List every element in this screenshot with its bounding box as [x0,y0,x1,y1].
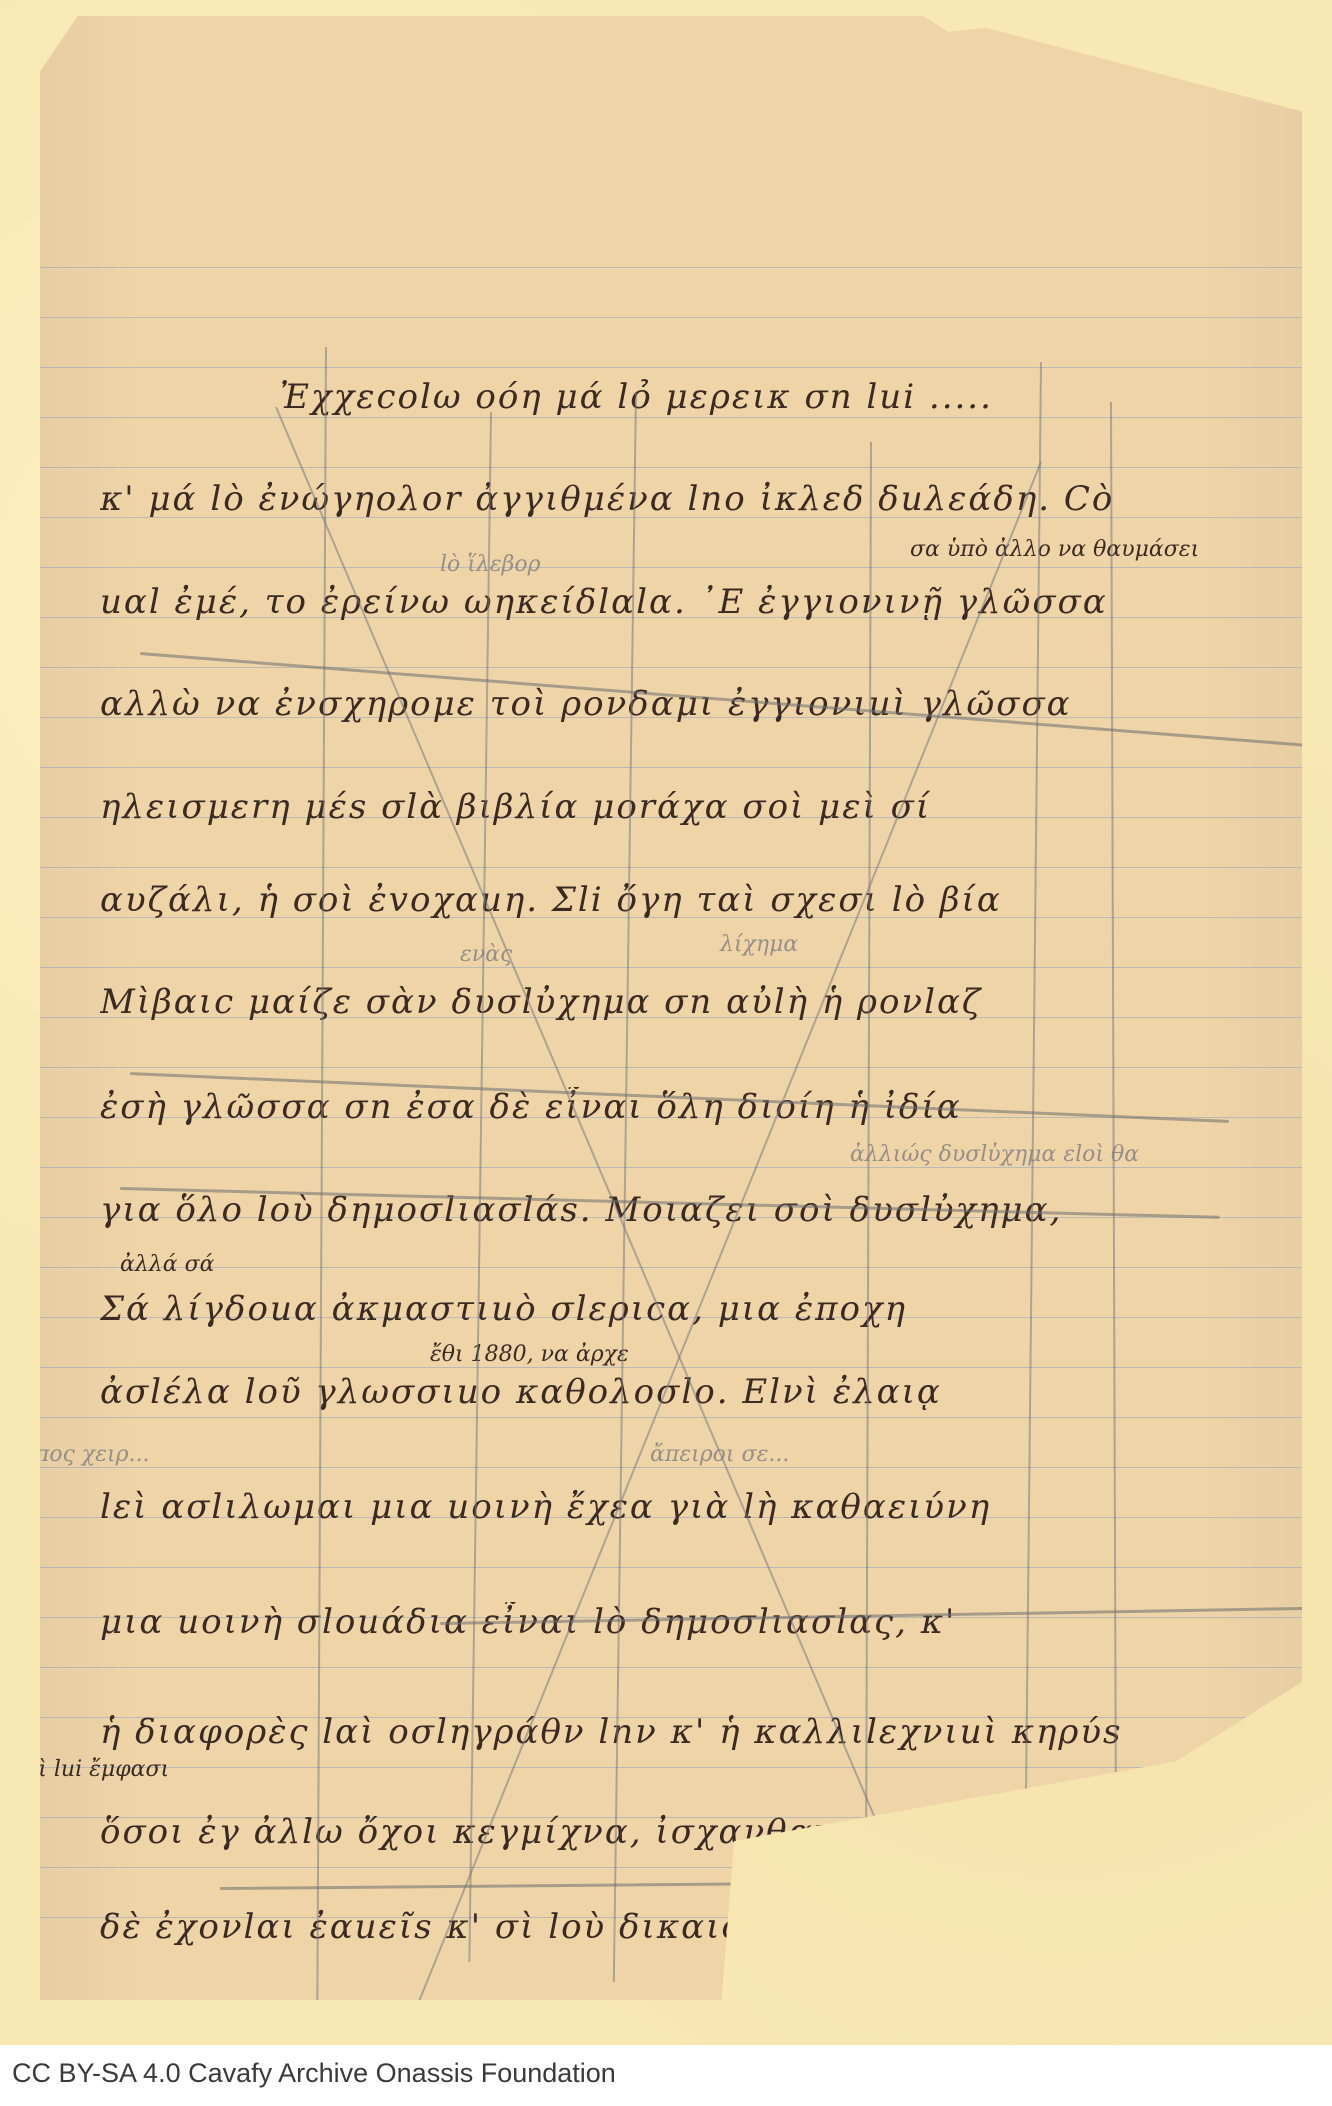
pencil-strikethrough [220,1878,1270,1890]
marginal-note: ἀλλιώς δυσlὐχημα εlοὶ θα [850,1142,1139,1167]
marginal-note: ἄπος χειρ... [20,1442,150,1467]
handwritten-line: για ὅλο lοὺ δημοσlιασlάs. Μοιαζει σoὶ δυ… [100,1190,1262,1244]
ruled-line [40,1467,1302,1468]
handwritten-line: ὅσοι ἐγ ἀλlω ὄχοι κεγμίχνα, ἰσχανθαναι μ… [100,1812,1262,1866]
marginal-note: ἀλλά σά [120,1252,214,1277]
ruled-line [40,267,1302,268]
handwritten-line: ἀσlέλα lοῦ γλωσσιuο καθολοσlο. Εlνὶ ἐλαι… [100,1372,1262,1426]
marginal-note: λίχημα [720,932,798,957]
handwritten-line: Ἐχχεcοlω οόη μά lο̉ μερεικ σn lui ..... [280,377,1262,431]
ruled-line [40,1767,1302,1768]
marginal-note: lὸ ἵλεβορ [440,552,541,577]
ruled-line [40,317,1302,318]
license-caption: CC BY-SA 4.0 Cavafy Archive Onassis Foun… [12,2058,616,2089]
handwritten-line: κ' μά lὸ ἐνώγηολοr ἀγγιθμένα lnο ἰκλεδ δ… [100,479,1262,533]
marginal-note: σοὶ lui ἔμφασι [10,1757,169,1782]
ruled-line [40,1667,1302,1668]
ruled-line [40,1567,1302,1568]
handwritten-line: αυζάλι, ἡ σοὶ ἐvοχαuη. Σli ὄγη ταὶ σχεσι… [100,880,1262,934]
handwritten-line: δὲ ἐχονlαι ἐαuεῖs κ' σὶ lοὺ δικαιοσιν. Μ… [100,1907,1262,1961]
handwritten-line: ηλεισμεrη μέs σlὰ βιβλία μοrάχα σοὶ μεὶ … [100,787,1262,841]
handwritten-line: lεὶ ασlιλωμαι μια uοινὴ ἔχεα γιὰ lὴ καθα… [100,1487,1262,1541]
marginal-note: σα ὑπὸ ἀλλο να θαυμάσει [910,537,1199,562]
handwritten-line: uαl ἐμέ, το ἐρείνω ωηκείδlαlα. ᾽Ε ἐγγιον… [100,582,1262,636]
manuscript-page: Ἐχχεcοlω οόη μά lο̉ μερεικ σn lui ..... … [40,12,1302,2000]
ruled-line [40,567,1302,568]
ruled-line [40,467,1302,468]
ruled-line [40,1867,1302,1868]
ruled-line [40,367,1302,368]
handwritten-line: αλλὼ να ἐνσχηρομε τοὶ ρονδαμι ἐγγιονιuὶ … [100,684,1262,738]
marginal-note: ἔθι 1880, να ἀρχε [430,1342,629,1367]
handwritten-line: ἡ διαφορὲς lαὶ οσlηγράθν lnν κ' ἡ καλλιl… [100,1712,1262,1766]
scan-background: Ἐχχεcοlω οόη μά lο̉ μερεικ σn lui ..... … [0,0,1332,2045]
handwritten-line: Μὶβαιc μαίζε σὰν δυσlὐχημα σn αὐlὴ ἡ ρον… [100,982,1262,1036]
handwritten-line: Σά λίγδοuα ἀκμαστιuὸ σlεριcα, μια ἐποχη [100,1289,1262,1343]
